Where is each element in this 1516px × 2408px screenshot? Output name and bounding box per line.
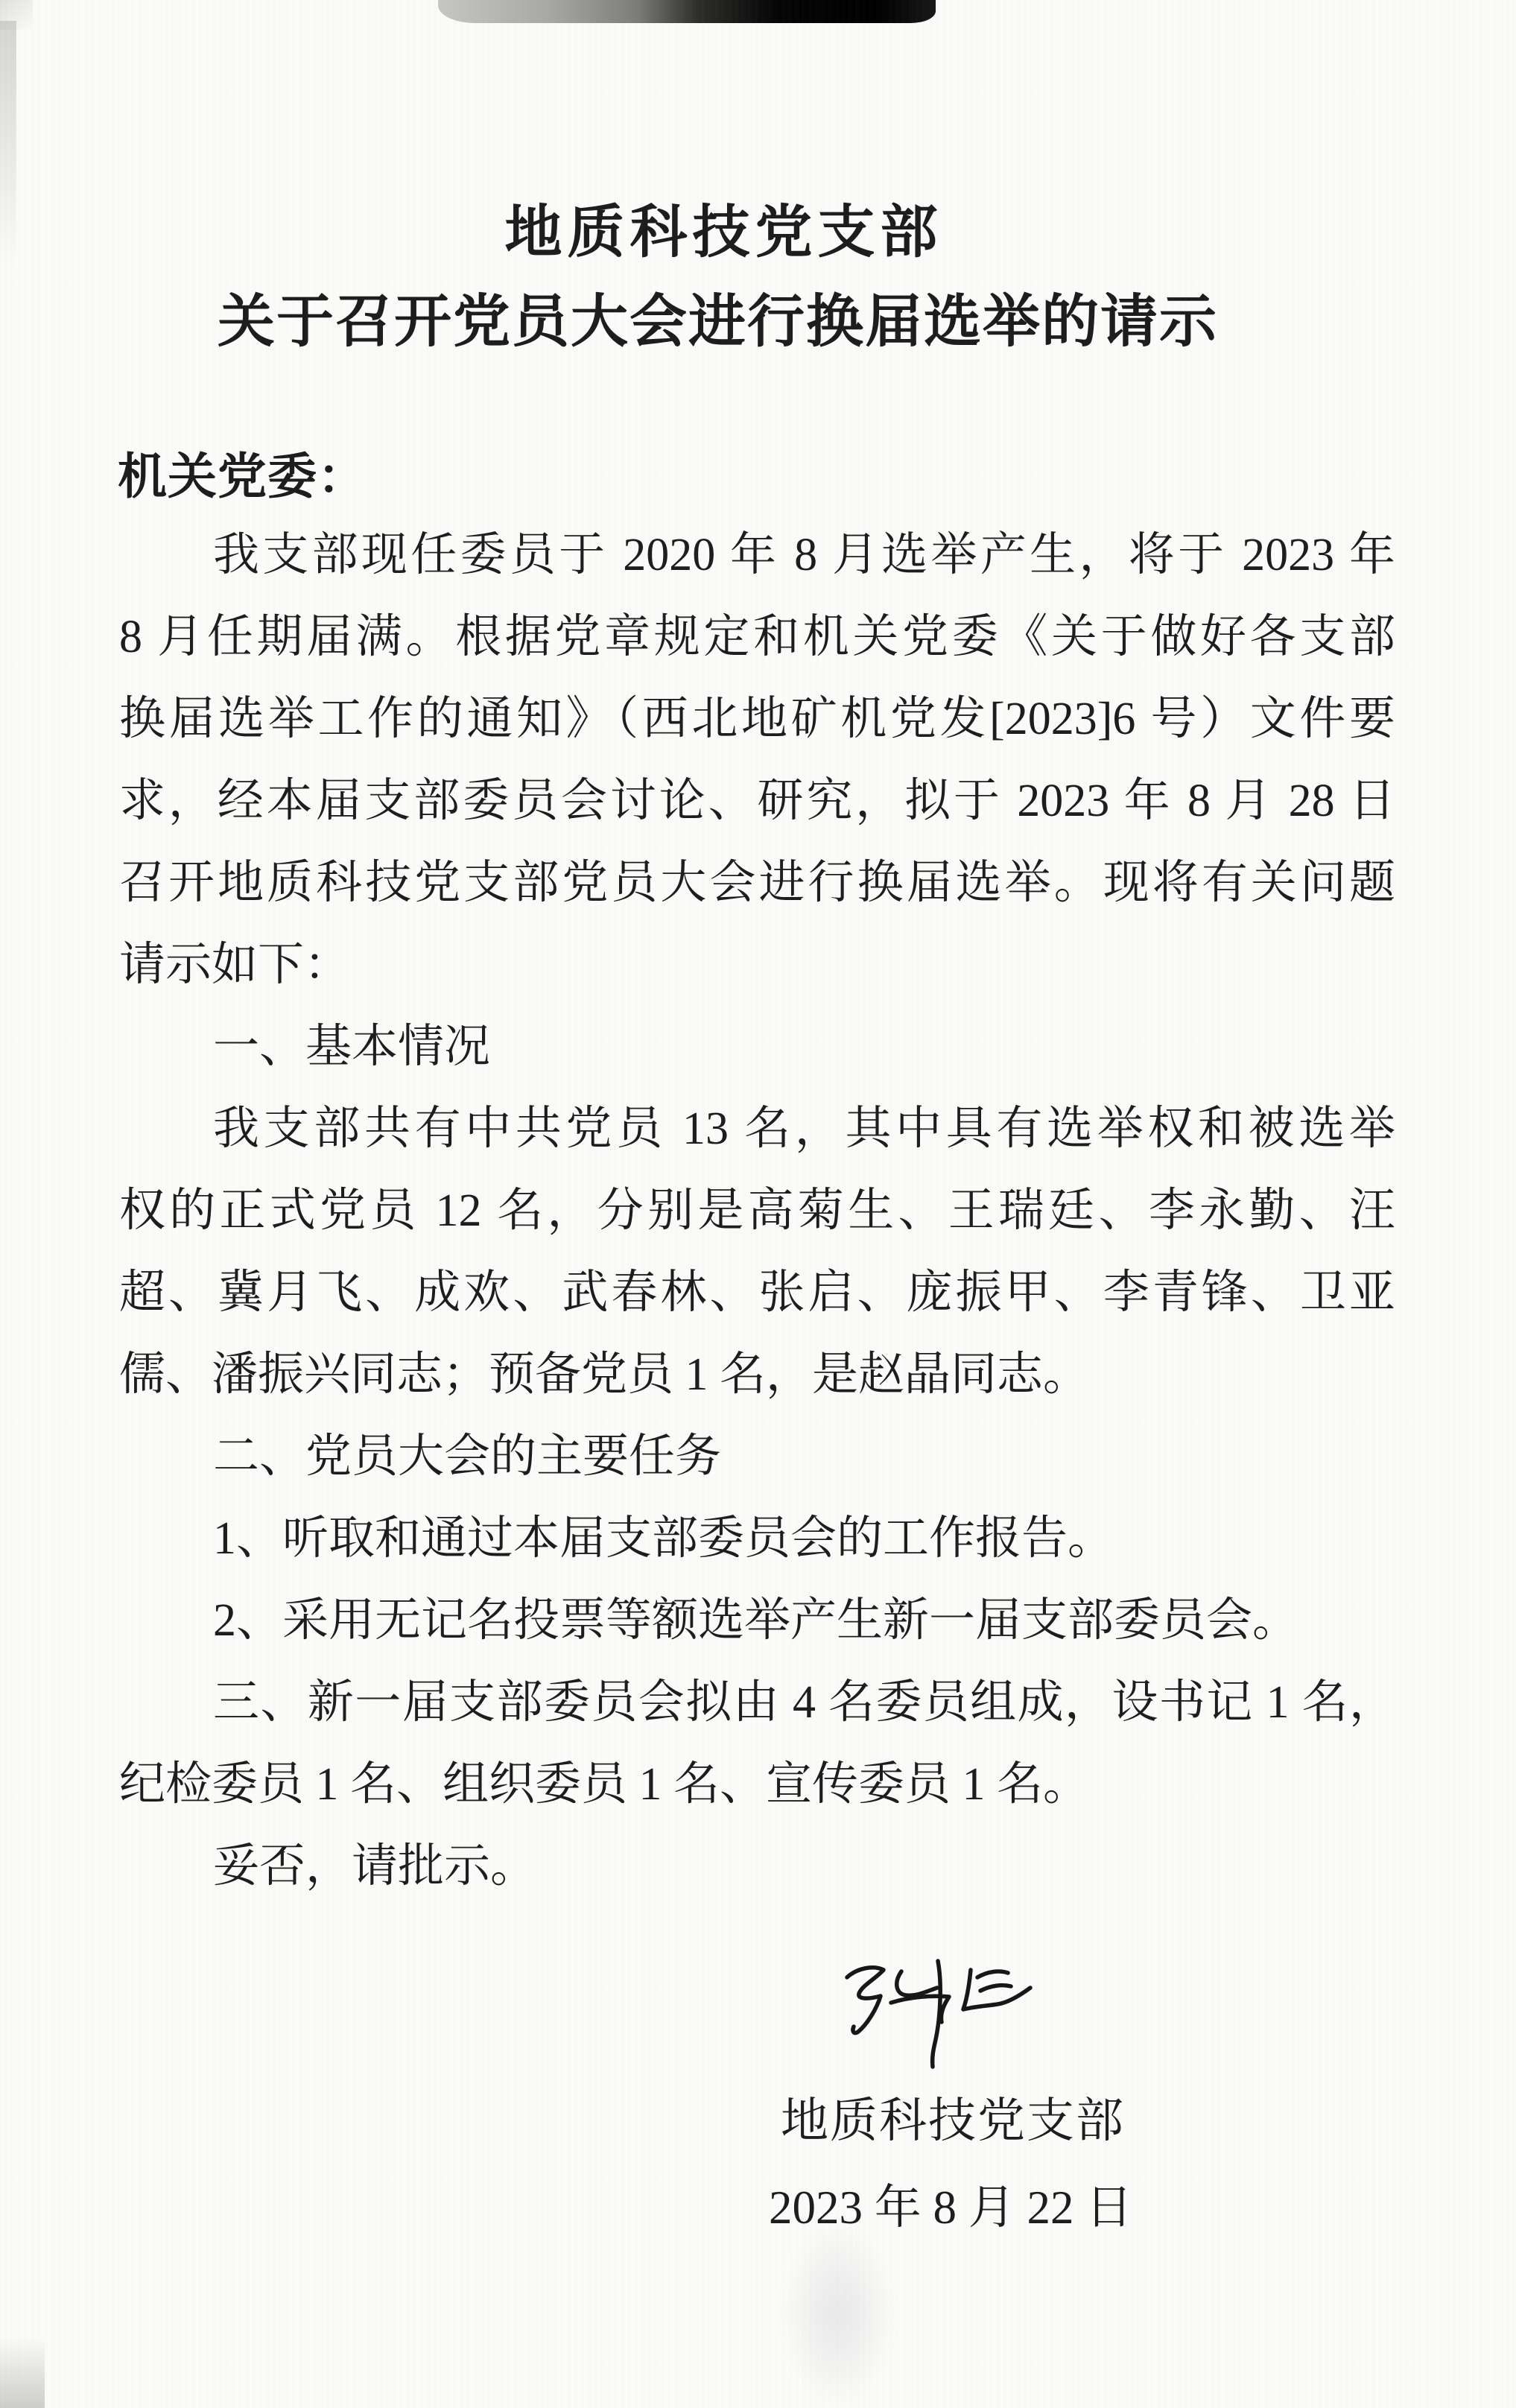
closing-org-name: 地质科技党支部 [781, 2082, 1125, 2151]
body-line-section-heading: 一、基本情况 [119, 1006, 1395, 1088]
body-line: 儒、潘振兴同志；预备党员 1 名，是赵晶同志。 [119, 1334, 1395, 1416]
scan-edge-artifact [0, 2337, 45, 2408]
body-line: 妥否，请批示。 [119, 1825, 1395, 1907]
body-line: 我支部共有中共党员 13 名，其中具有选举权和被选举 [119, 1088, 1395, 1170]
body-line: 超、冀月飞、成欢、武春林、张启、庞振甲、李青锋、卫亚 [119, 1252, 1395, 1334]
body-line: 权的正式党员 12 名，分别是高菊生、王瑞廷、李永勤、汪 [119, 1170, 1395, 1252]
body-line: 召开地质科技党支部党员大会进行换届选举。现将有关问题 [119, 842, 1395, 924]
salutation: 机关党委： [118, 437, 367, 507]
body-line: 求，经本届支部委员会讨论、研究，拟于 2023 年 8 月 28 日 [119, 760, 1395, 842]
body-line: 纪检委员 1 名、组织委员 1 名、宣传委员 1 名。 [119, 1743, 1395, 1825]
document-title-line-1: 地质科技党支部 [0, 186, 1516, 269]
body-line: 换届选举工作的通知》（西北地矿机党发[2023]6 号）文件要 [119, 678, 1395, 760]
body-line: 2、采用无记名投票等额选举产生新一届支部委员会。 [119, 1580, 1395, 1661]
document-body: 我支部现任委员于 2020 年 8 月选举产生，将于 2023 年 8 月任期届… [119, 514, 1395, 1907]
body-line: 请示如下： [119, 924, 1395, 1006]
body-line: 三、新一届支部委员会拟由 4 名委员组成，设书记 1 名， [119, 1661, 1395, 1743]
scanned-document-page: 地质科技党支部 关于召开党员大会进行换届选举的请示 机关党委： 我支部现任委员于… [0, 0, 1516, 2408]
document-title-line-2: 关于召开党员大会进行换届选举的请示 [0, 276, 1516, 358]
body-line-section-heading: 二、党员大会的主要任务 [119, 1416, 1395, 1498]
body-line: 8 月任期届满。根据党章规定和机关党委《关于做好各支部 [119, 596, 1395, 678]
body-line: 我支部现任委员于 2020 年 8 月选举产生，将于 2023 年 [119, 514, 1395, 596]
scan-smudge-artifact [782, 2220, 894, 2407]
body-line: 1、听取和通过本届支部委员会的工作报告。 [119, 1498, 1395, 1580]
closing-date: 2023 年 8 月 22 日 [769, 2170, 1132, 2237]
scanner-artifact-bar [438, 0, 936, 23]
